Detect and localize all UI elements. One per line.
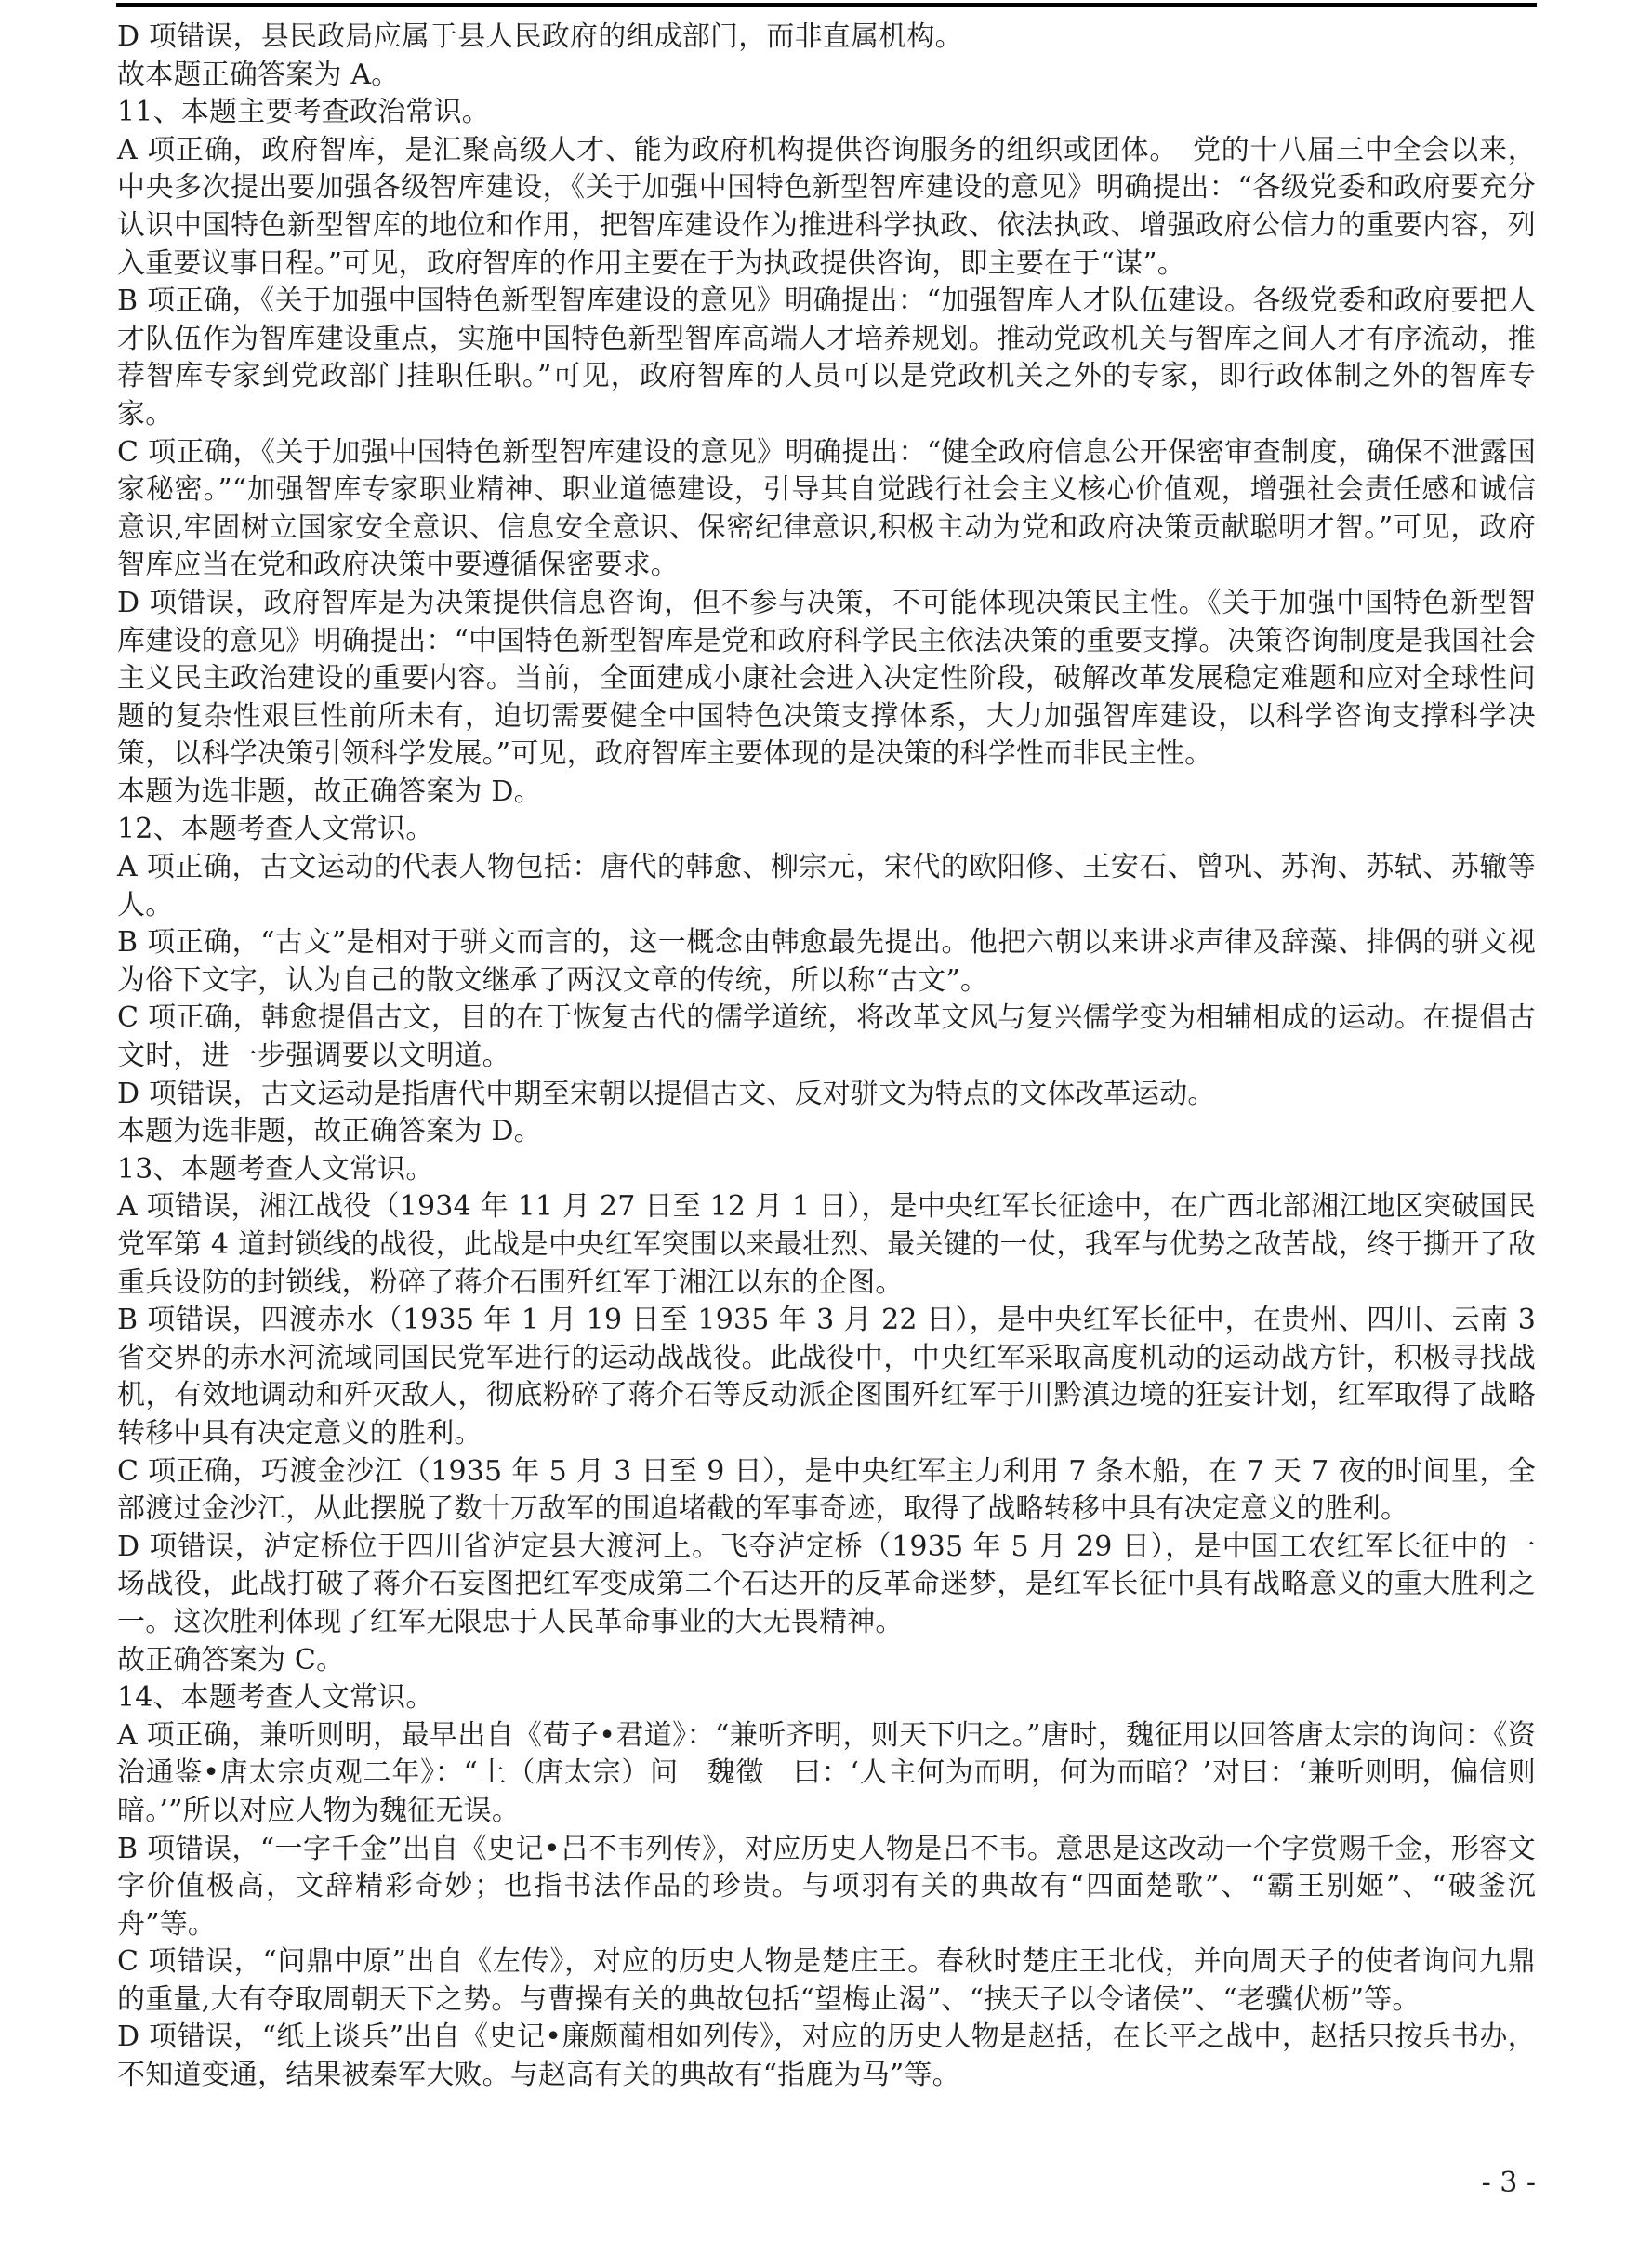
answer-line-q12: 本题为选非题，故正确答案为 D。 (117, 1113, 1536, 1151)
page-number: - 3 - (117, 2165, 1536, 2202)
option-b-explanation-q13: B 项错误，四渡赤水（1935 年 1 月 19 日至 1935 年 3 月 2… (117, 1302, 1536, 1452)
option-b-explanation-q12: B 项正确，“古文”是相对于骈文而言的，这一概念由韩愈最先提出。他把六朝以来讲求… (117, 924, 1536, 1000)
option-a-explanation-q14: A 项正确，兼听则明，最早出自《荀子•君道》：“兼听齐明，则天下归之。”唐时，魏… (117, 1717, 1536, 1831)
option-a-explanation-q11: A 项正确，政府智库，是汇聚高级人才、能为政府机构提供咨询服务的组织或团体。 党… (117, 132, 1536, 283)
document-body: D 项错误，县民政局应属于县人民政府的组成部门，而非直属机构。 故本题正确答案为… (117, 19, 1536, 2095)
answer-line-q13: 故正确答案为 C。 (117, 1642, 1536, 1680)
option-c-explanation-q12: C 项正确，韩愈提倡古文，目的在于恢复古代的儒学道统，将改革文风与复兴儒学变为相… (117, 1000, 1536, 1075)
option-d-explanation-q13: D 项错误，泸定桥位于四川省泸定县大渡河上。飞夺泸定桥（1935 年 5 月 2… (117, 1529, 1536, 1642)
document-page: D 项错误，县民政局应属于县人民政府的组成部门，而非直属机构。 故本题正确答案为… (0, 0, 1652, 2266)
option-c-explanation-q11: C 项正确，《关于加强中国特色新型智库建设的意见》明确提出：“健全政府信息公开保… (117, 434, 1536, 585)
page-top-border (116, 3, 1537, 7)
option-d-explanation-q11: D 项错误，政府智库是为决策提供信息咨询，但不参与决策，不可能体现决策民主性。《… (117, 585, 1536, 774)
option-d-explanation-q12: D 项错误，古文运动是指唐代中期至宋朝以提倡古文、反对骈文为特点的文体改革运动。 (117, 1076, 1536, 1114)
question-14-header: 14、本题考查人文常识。 (117, 1679, 1536, 1717)
option-b-explanation-q11: B 项正确，《关于加强中国特色新型智库建设的意见》明确提出：“加强智库人才队伍建… (117, 283, 1536, 433)
option-b-explanation-q14: B 项错误，“一字千金”出自《史记•吕不韦列传》，对应历史人物是吕不韦。意思是这… (117, 1831, 1536, 1944)
option-c-explanation-q14: C 项错误，“问鼎中原”出自《左传》，对应的历史人物是楚庄王。春秋时楚庄王北伐，… (117, 1943, 1536, 2019)
question-12-header: 12、本题考查人文常识。 (117, 811, 1536, 849)
option-a-explanation-q13: A 项错误，湘江战役（1934 年 11 月 27 日至 12 月 1 日），是… (117, 1188, 1536, 1302)
question-13-header: 13、本题考查人文常识。 (117, 1151, 1536, 1189)
option-d-explanation-q10: D 项错误，县民政局应属于县人民政府的组成部门，而非直属机构。 (117, 19, 1536, 57)
option-a-explanation-q12: A 项正确，古文运动的代表人物包括：唐代的韩愈、柳宗元，宋代的欧阳修、王安石、曾… (117, 849, 1536, 924)
question-11-header: 11、本题主要考查政治常识。 (117, 94, 1536, 132)
answer-line-q10: 故本题正确答案为 A。 (117, 57, 1536, 95)
option-c-explanation-q13: C 项正确，巧渡金沙江（1935 年 5 月 3 日至 9 日），是中央红军主力… (117, 1453, 1536, 1529)
answer-line-q11: 本题为选非题，故正确答案为 D。 (117, 774, 1536, 812)
option-d-explanation-q14: D 项错误，“纸上谈兵”出自《史记•廉颇蔺相如列传》，对应的历史人物是赵括，在长… (117, 2019, 1536, 2094)
